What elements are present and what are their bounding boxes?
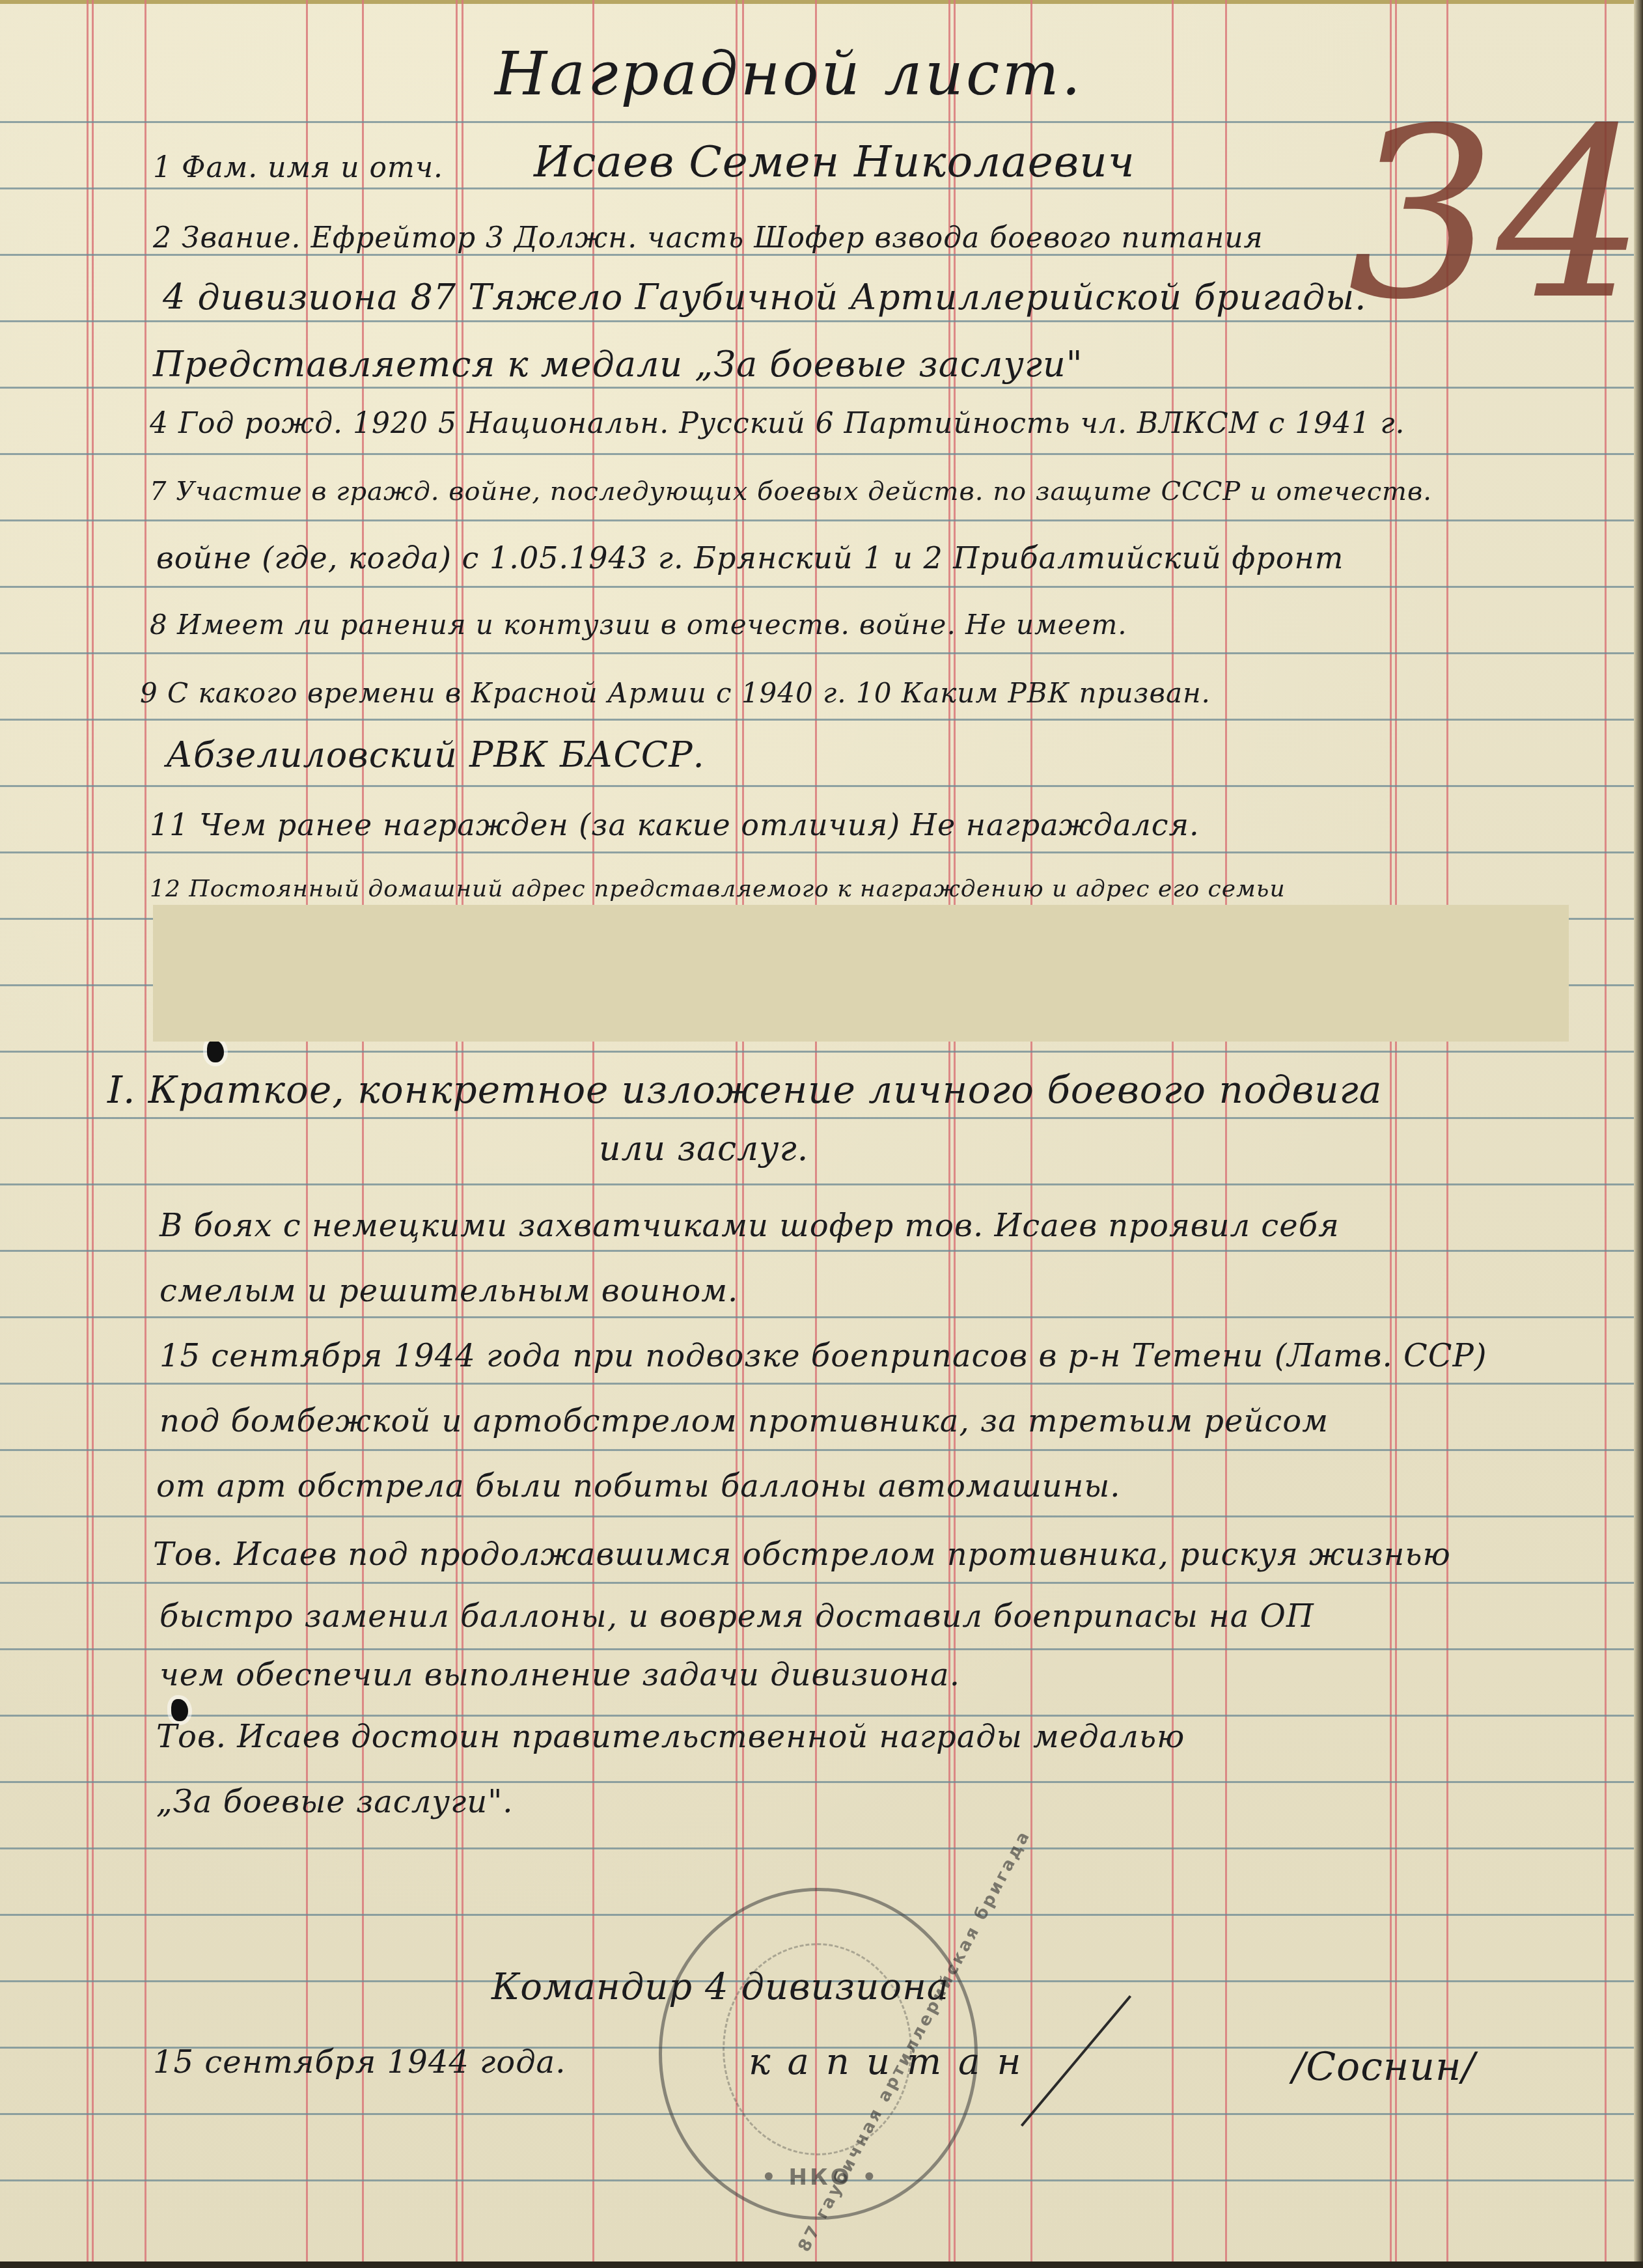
blue-rule (0, 1117, 1634, 1119)
narrative-line: быстро заменил баллоны, и вовремя достав… (159, 1598, 1314, 1635)
field-home-address-label: 12 Постоянный домашний адрес представляе… (150, 876, 1286, 902)
archive-number: 34 (1347, 78, 1643, 351)
field-wounds: 8 Имеет ли ранения и контузии в отечеств… (150, 609, 1127, 641)
blue-rule (0, 1250, 1634, 1252)
blue-rule (0, 1648, 1634, 1650)
signature-title: Командир 4 дивизиона (491, 1966, 949, 2008)
blue-rule (0, 1515, 1634, 1517)
narrative-line: под бомбежкой и артобстрелом противника,… (159, 1403, 1329, 1439)
field-birth-nationality-party: 4 Год рожд. 1920 5 Национальн. Русский 6… (150, 407, 1405, 440)
blue-rule (0, 1316, 1634, 1318)
narrative-line: 15 сентября 1944 года при подвозке боепр… (159, 1338, 1487, 1374)
section-heading-cont: или заслуг. (599, 1129, 808, 1169)
field-name-label: 1 Фам. имя и отч. (153, 151, 443, 184)
red-rule (92, 0, 94, 2268)
field-award-nominated: Представляется к медали „За боевые заслу… (153, 344, 1083, 385)
red-rule (1225, 0, 1227, 2268)
field-service-since-rvk: 9 С какого времени в Красной Армии с 194… (140, 677, 1211, 709)
red-rule (592, 0, 594, 2268)
narrative-line: Тов. Исаев достоин правительственной наг… (156, 1719, 1185, 1755)
stamp-bottom-text: • НКО • (762, 2164, 879, 2191)
red-rule (456, 0, 458, 2268)
blue-rule (0, 851, 1634, 853)
field-rvk-value: Абзелиловский РВК БАССР. (166, 734, 705, 775)
narrative-line: Тов. Исаев под продолжавшимся обстрелом … (153, 1536, 1451, 1573)
blue-rule (0, 1183, 1634, 1185)
signature-name: /Соснин/ (1292, 2044, 1476, 2090)
blue-rule (0, 586, 1634, 588)
narrative-line: В боях с немецкими захватчиками шофер то… (159, 1208, 1340, 1244)
punch-hole (171, 1699, 188, 1721)
red-rule (87, 0, 89, 2268)
blue-rule (0, 1715, 1634, 1717)
blue-rule (0, 519, 1634, 521)
field-name-value: Исаев Семен Николаевич (534, 137, 1135, 187)
narrative-line: от арт обстрела были побиты баллоны авто… (156, 1468, 1121, 1504)
section-heading: I. Краткое, конкретное изложение личного… (107, 1068, 1382, 1112)
blue-rule (0, 1383, 1634, 1385)
field-rank-position: 2 Звание. Ефрейтор 3 Должн. часть Шофер … (153, 221, 1263, 255)
blue-rule (0, 1847, 1634, 1849)
red-rule (1030, 0, 1032, 2268)
red-rule (145, 0, 146, 2268)
red-rule (362, 0, 364, 2268)
field-participation-label: 7 Участие в гражд. войне, последующих бо… (150, 477, 1432, 506)
red-rule (306, 0, 308, 2268)
blue-rule (0, 652, 1634, 654)
page-title: Наградной лист. (495, 39, 1083, 109)
blue-rule (0, 387, 1634, 389)
narrative-line: смелым и решительным воином. (159, 1273, 738, 1309)
signature-date: 15 сентября 1944 года. (153, 2044, 566, 2081)
blue-rule (0, 1051, 1634, 1053)
blue-rule (0, 453, 1634, 455)
scan-bottom-edge (0, 2261, 1643, 2268)
blue-rule (0, 719, 1634, 721)
field-unit: 4 дивизиона 87 Тяжело Гаубичной Артиллер… (163, 277, 1366, 318)
red-rule (954, 0, 956, 2268)
narrative-line: чем обеспечил выполнение задачи дивизион… (159, 1657, 960, 1693)
redacted-address-block (153, 905, 1569, 1042)
blue-rule (0, 1582, 1634, 1584)
red-rule (462, 0, 463, 2268)
red-rule (948, 0, 950, 2268)
blue-rule (0, 785, 1634, 787)
punch-hole (207, 1040, 224, 1062)
blue-rule (0, 1781, 1634, 1783)
blue-rule (0, 1449, 1634, 1451)
narrative-line: „За боевые заслуги". (156, 1784, 514, 1820)
red-rule (1172, 0, 1174, 2268)
signature-rank: капитан (749, 2041, 1038, 2083)
field-participation-value: войне (где, когда) с 1.05.1943 г. Брянск… (156, 540, 1344, 575)
field-previous-awards: 11 Чем ранее награжден (за какие отличия… (150, 807, 1200, 842)
